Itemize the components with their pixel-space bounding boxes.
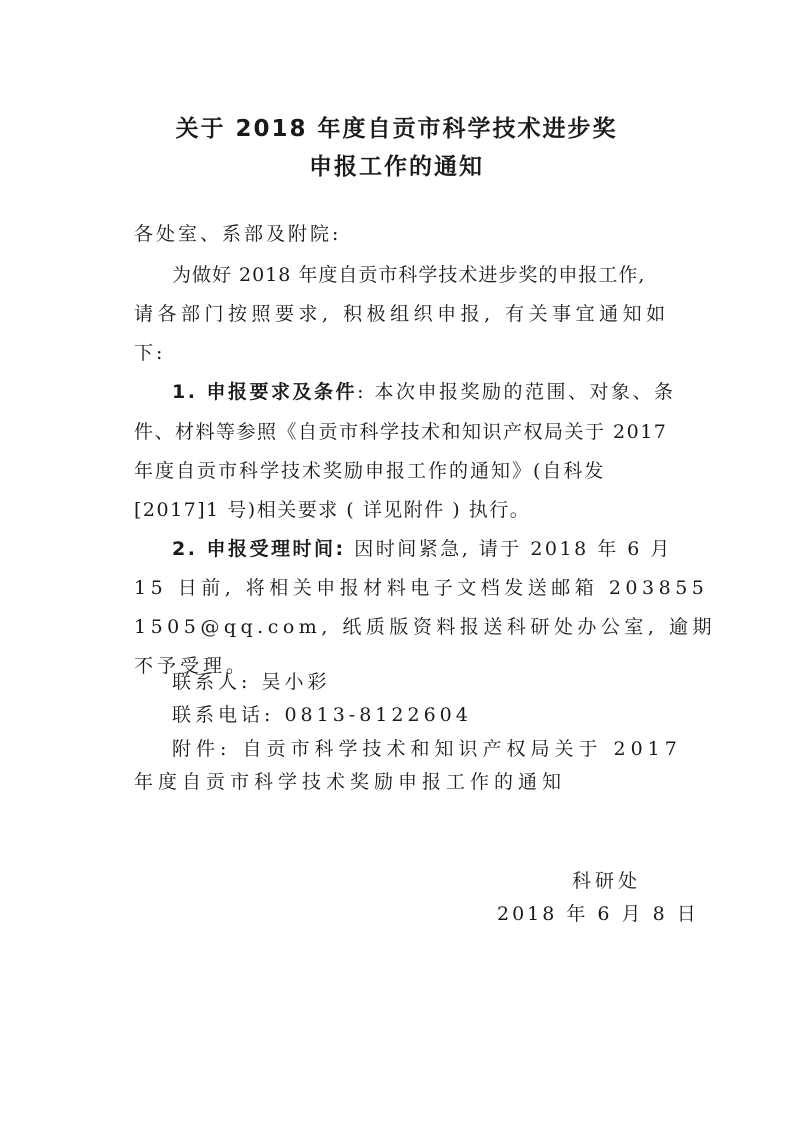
signature-office: 科研处 xyxy=(572,869,641,893)
document-title-line2: 申报工作的通知 xyxy=(0,148,793,181)
section1-text: : 本次申报奖励的范围、对象、条 xyxy=(357,381,675,403)
section1-line-4: [2017]1 号)相关要求 ( 详见附件 ) 执行。 xyxy=(134,498,530,522)
section1-line-3: 年度自贡市科学技术奖励申报工作的通知》(自科发 xyxy=(134,459,605,483)
intro-line-2: 请各部门按照要求, 积极组织申报, 有关事宜通知如 xyxy=(134,302,670,326)
section1-line-2: 件、材料等参照《自贡市科学技术和知识产权局关于 2017 xyxy=(134,420,667,444)
section2-line-2: 15 日前, 将相关申报材料电子文档发送邮箱 203855 xyxy=(134,576,708,600)
attachment-line-1: 附件: 自贡市科学技术和知识产权局关于 2017 xyxy=(172,737,682,761)
contact-person: 联系人: 吴小彩 xyxy=(172,670,330,694)
document-title-line1: 关于 2018 年度自贡市科学技术进步奖 xyxy=(0,110,793,143)
contact-phone: 联系电话: 0813-8122604 xyxy=(172,703,472,727)
section2-line-3: 1505@qq.com, 纸质版资料报送科研处办公室, 逾期 xyxy=(134,615,716,639)
section2-text: 因时间紧急, 请于 2018 年 6 月 xyxy=(346,538,672,560)
section1-line-1: 1. 申报要求及条件: 本次申报奖励的范围、对象、条 xyxy=(172,380,676,404)
intro-line-3: 下: xyxy=(134,341,165,365)
section2-heading: 2. 申报受理时间: xyxy=(172,538,346,560)
section1-heading: 1. 申报要求及条件 xyxy=(172,381,357,403)
salutation: 各处室、系部及附院: xyxy=(134,222,341,246)
attachment-line-2: 年度自贡市科学技术奖励申报工作的通知 xyxy=(134,770,566,794)
section2-line-1: 2. 申报受理时间: 因时间紧急, 请于 2018 年 6 月 xyxy=(172,537,672,561)
intro-line-1: 为做好 2018 年度自贡市科学技术进步奖的申报工作, xyxy=(172,263,645,287)
signature-date: 2018 年 6 月 8 日 xyxy=(497,902,699,926)
